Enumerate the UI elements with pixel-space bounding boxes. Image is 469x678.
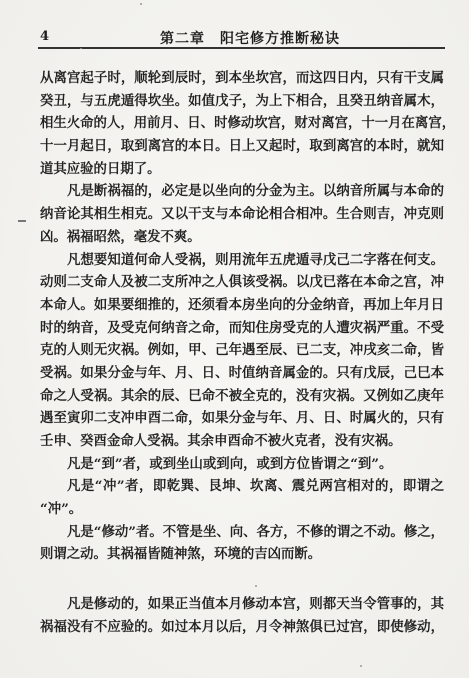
scan-speck [80, 48, 82, 49]
scan-speck [360, 665, 362, 667]
page-number: 4 [40, 29, 49, 44]
text-line: 相生火命的人，用前月、日、时修动坎宫，财对离宫，十一月在离宫， [40, 112, 444, 135]
text-line: 壬申、癸酉金命人受祸。其余申酉命不被火克者，没有灾祸。 [40, 430, 444, 453]
running-header: 4 第二章 阳宅修方推断秘诀 [40, 27, 443, 47]
text-line: 受祸。如果分金与年、月、日、时值纳音属金的。只有戊辰，己巳本 [40, 362, 444, 385]
scan-speck [255, 585, 257, 587]
text-line: 命之人受祸。其余的辰、巳命不被全克的，没有灾祸。又例如乙庚年 [40, 385, 444, 408]
paragraph-start-line: 凡是“修动”者。不管是坐、向、各方，不修的谓之不动。修之， [40, 521, 444, 544]
text-line: 从离宫起子时，顺轮到辰时，到本坐坎宫，而这四日内，只有干支属 [40, 67, 444, 90]
header-rule [38, 47, 445, 49]
text-line: 时的纳音，及受克何纳音之命，而知住房受克的人遭灾祸严重。不受 [40, 317, 444, 340]
scanned-book-page: 4 第二章 阳宅修方推断秘诀 从离宫起子时，顺轮到辰时，到本坐坎宫，而这四日内，… [0, 0, 469, 678]
text-line: 癸丑，与五虎遁得坎坐。如值戊子，为上下相合，且癸丑纳音属木， [40, 90, 444, 113]
paragraph-start-line: 凡是断祸福的，必定是以坐向的分金为主。以纳音所属与本命的 [40, 180, 444, 203]
body-text: 从离宫起子时，顺轮到辰时，到本坐坎宫，而这四日内，只有干支属 癸丑，与五虎遁得坎… [40, 67, 444, 639]
text-line: 纳音论其相生相克。又以干支与本命论相合相冲。生合则吉，冲克则 [40, 203, 444, 226]
scan-speck [140, 3, 142, 5]
text-line: 克的人则无灾祸。例如，甲、己年遇至辰、已二支，冲戌亥二命，皆 [40, 339, 444, 362]
text-line: 则谓之动。其祸福皆随神煞，环境的吉凶而断。 [40, 543, 444, 566]
text-line: 十一月起日，取到离宫的本日。日上又起时，取到离宫的本时，就知 [40, 135, 444, 158]
text-line: 动则二支命人及被二支所冲之人俱该受祸。以戊已落在本命之宫，冲 [40, 271, 444, 294]
paragraph-start-line: 凡是“到”者，或到坐山或到向，或到方位皆谓之“到”。 [40, 453, 444, 476]
chapter-title: 第二章 阳宅修方推断秘诀 [160, 28, 340, 48]
paragraph-start-line: 凡是修动的，如果正当值本月修动本宫，则都天当令管事的，其 [40, 593, 444, 616]
text-line: 道其应验的日期了。 [40, 158, 444, 181]
text-line: “冲”。 [40, 498, 444, 521]
paragraph-gap [40, 566, 444, 593]
text-line: 遇至寅卯二支冲申酉二命，如果分金与年、月、日、时属火的，只有 [40, 407, 444, 430]
text-line: 本命人。如果要细推的，还须看本房坐向的分金纳音，再加上年月日 [40, 294, 444, 317]
text-line: 祸福没有不应验的。如过本月以后，月令神煞俱已过宫，即使修动， [40, 616, 444, 639]
paragraph-start-line: 凡想要知道何命人受祸，则用流年五虎遁寻戊己二字落在何支。 [40, 249, 444, 272]
text-line: 凶。祸福昭然，毫发不爽。 [40, 226, 444, 249]
paragraph-start-line: 凡是“冲”者，即乾巽、艮坤、坎离、震兑两宫相对的，即谓之 [40, 475, 444, 498]
margin-mark [18, 220, 26, 222]
